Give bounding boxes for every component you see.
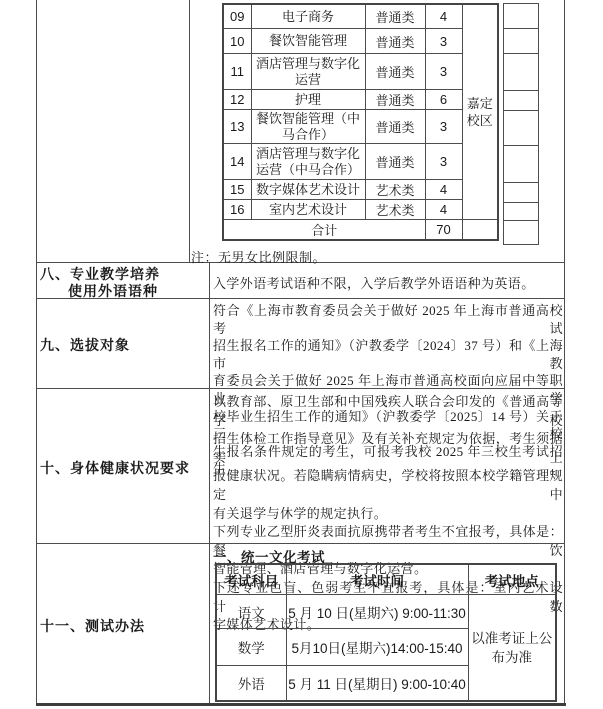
row-number: 11 bbox=[223, 54, 251, 90]
category: 普通类 bbox=[365, 54, 425, 90]
table-row: 16 室内艺术设计 艺术类 4 bbox=[223, 200, 498, 220]
total-label: 合计 bbox=[223, 220, 425, 241]
table-row: 11 酒店管理与数字化运营 普通类 3 bbox=[223, 54, 498, 90]
section8-content: 入学外语考试语种不限，入学后教学外语语种为英语。 bbox=[213, 273, 563, 292]
row-number: 16 bbox=[223, 200, 251, 220]
category: 普通类 bbox=[365, 110, 425, 144]
row-number: 14 bbox=[223, 144, 251, 180]
outer-left-border bbox=[36, 0, 37, 705]
quota: 3 bbox=[425, 110, 462, 144]
row-number: 13 bbox=[223, 110, 251, 144]
category: 艺术类 bbox=[365, 200, 425, 220]
outer-right-border bbox=[564, 0, 565, 705]
exam-subject: 语文 bbox=[216, 595, 286, 629]
table-row: 09 电子商务 普通类 4 嘉定校区 bbox=[223, 4, 498, 29]
gender-ratio-note: 注：无男女比例限制。 bbox=[191, 247, 326, 266]
exam-schedule-table: 考试科目 考试时间 考试地点 语文 5 月 10 日(星期六) 9:00-11:… bbox=[215, 563, 557, 702]
exam-time: 5月10日(星期六)14:00-15:40 bbox=[286, 629, 468, 666]
empty-cell bbox=[462, 220, 498, 241]
campus-cell: 嘉定校区 bbox=[462, 4, 498, 220]
quota: 3 bbox=[425, 54, 462, 90]
exam-header-row: 考试科目 考试时间 考试地点 bbox=[216, 564, 556, 595]
exam-location-header: 考试地点 bbox=[468, 564, 556, 595]
table-row: 10 餐饮智能管理 普通类 3 bbox=[223, 29, 498, 54]
section9-label: 九、选拔对象 bbox=[40, 335, 130, 355]
admission-plan-table: 09 电子商务 普通类 4 嘉定校区 10 餐饮智能管理 普通类 3 11 酒店… bbox=[222, 3, 499, 241]
category: 普通类 bbox=[365, 90, 425, 110]
label-content-separator bbox=[209, 262, 210, 704]
quota: 3 bbox=[425, 144, 462, 180]
category: 普通类 bbox=[365, 144, 425, 180]
quota: 4 bbox=[425, 180, 462, 200]
exam-time-header: 考试时间 bbox=[286, 564, 468, 595]
major-name: 酒店管理与数字化运营（中马合作） bbox=[251, 144, 365, 180]
major-name: 电子商务 bbox=[251, 4, 365, 29]
major-name: 餐饮智能管理 bbox=[251, 29, 365, 54]
quota: 6 bbox=[425, 90, 462, 110]
major-name: 护理 bbox=[251, 90, 365, 110]
exam-row: 语文 5 月 10 日(星期六) 9:00-11:30 以准考证上公布为准 bbox=[216, 595, 556, 629]
exam-subject: 数学 bbox=[216, 629, 286, 666]
section10-label: 十、身体健康状况要求 bbox=[40, 458, 190, 478]
total-row: 合计 70 bbox=[223, 220, 498, 241]
major-name: 餐饮智能管理（中马合作） bbox=[251, 110, 365, 144]
exam-subject-header: 考试科目 bbox=[216, 564, 286, 595]
table-row: 15 数字媒体艺术设计 艺术类 4 bbox=[223, 180, 498, 200]
category: 普通类 bbox=[365, 29, 425, 54]
total-quota: 70 bbox=[425, 220, 462, 241]
quota: 3 bbox=[425, 29, 462, 54]
major-name: 酒店管理与数字化运营 bbox=[251, 54, 365, 90]
table-row: 13 餐饮智能管理（中马合作） 普通类 3 bbox=[223, 110, 498, 144]
exam-time: 5 月 10 日(星期六) 9:00-11:30 bbox=[286, 595, 468, 629]
quota: 4 bbox=[425, 200, 462, 220]
table-row: 12 护理 普通类 6 bbox=[223, 90, 498, 110]
row-number: 10 bbox=[223, 29, 251, 54]
quota: 4 bbox=[425, 4, 462, 29]
exam-time: 5 月 11 日(星期日) 9:00-10:40 bbox=[286, 666, 468, 702]
section8-label-line2: 使用外语语种 bbox=[68, 281, 158, 301]
row-number: 09 bbox=[223, 4, 251, 29]
document-page: 09 电子商务 普通类 4 嘉定校区 10 餐饮智能管理 普通类 3 11 酒店… bbox=[0, 0, 603, 709]
category: 普通类 bbox=[365, 4, 425, 29]
category: 艺术类 bbox=[365, 180, 425, 200]
exam-location: 以准考证上公布为准 bbox=[468, 595, 556, 702]
top-section-column-separator bbox=[189, 0, 190, 262]
major-name: 数字媒体艺术设计 bbox=[251, 180, 365, 200]
row-number: 15 bbox=[223, 180, 251, 200]
row-number: 12 bbox=[223, 90, 251, 110]
exam-subject: 外语 bbox=[216, 666, 286, 702]
table-bottom-border bbox=[36, 703, 566, 706]
section11-label: 十一、测试办法 bbox=[40, 616, 145, 636]
major-name: 室内艺术设计 bbox=[251, 200, 365, 220]
table-row: 14 酒店管理与数字化运营（中马合作） 普通类 3 bbox=[223, 144, 498, 180]
empty-side-column bbox=[503, 3, 539, 245]
